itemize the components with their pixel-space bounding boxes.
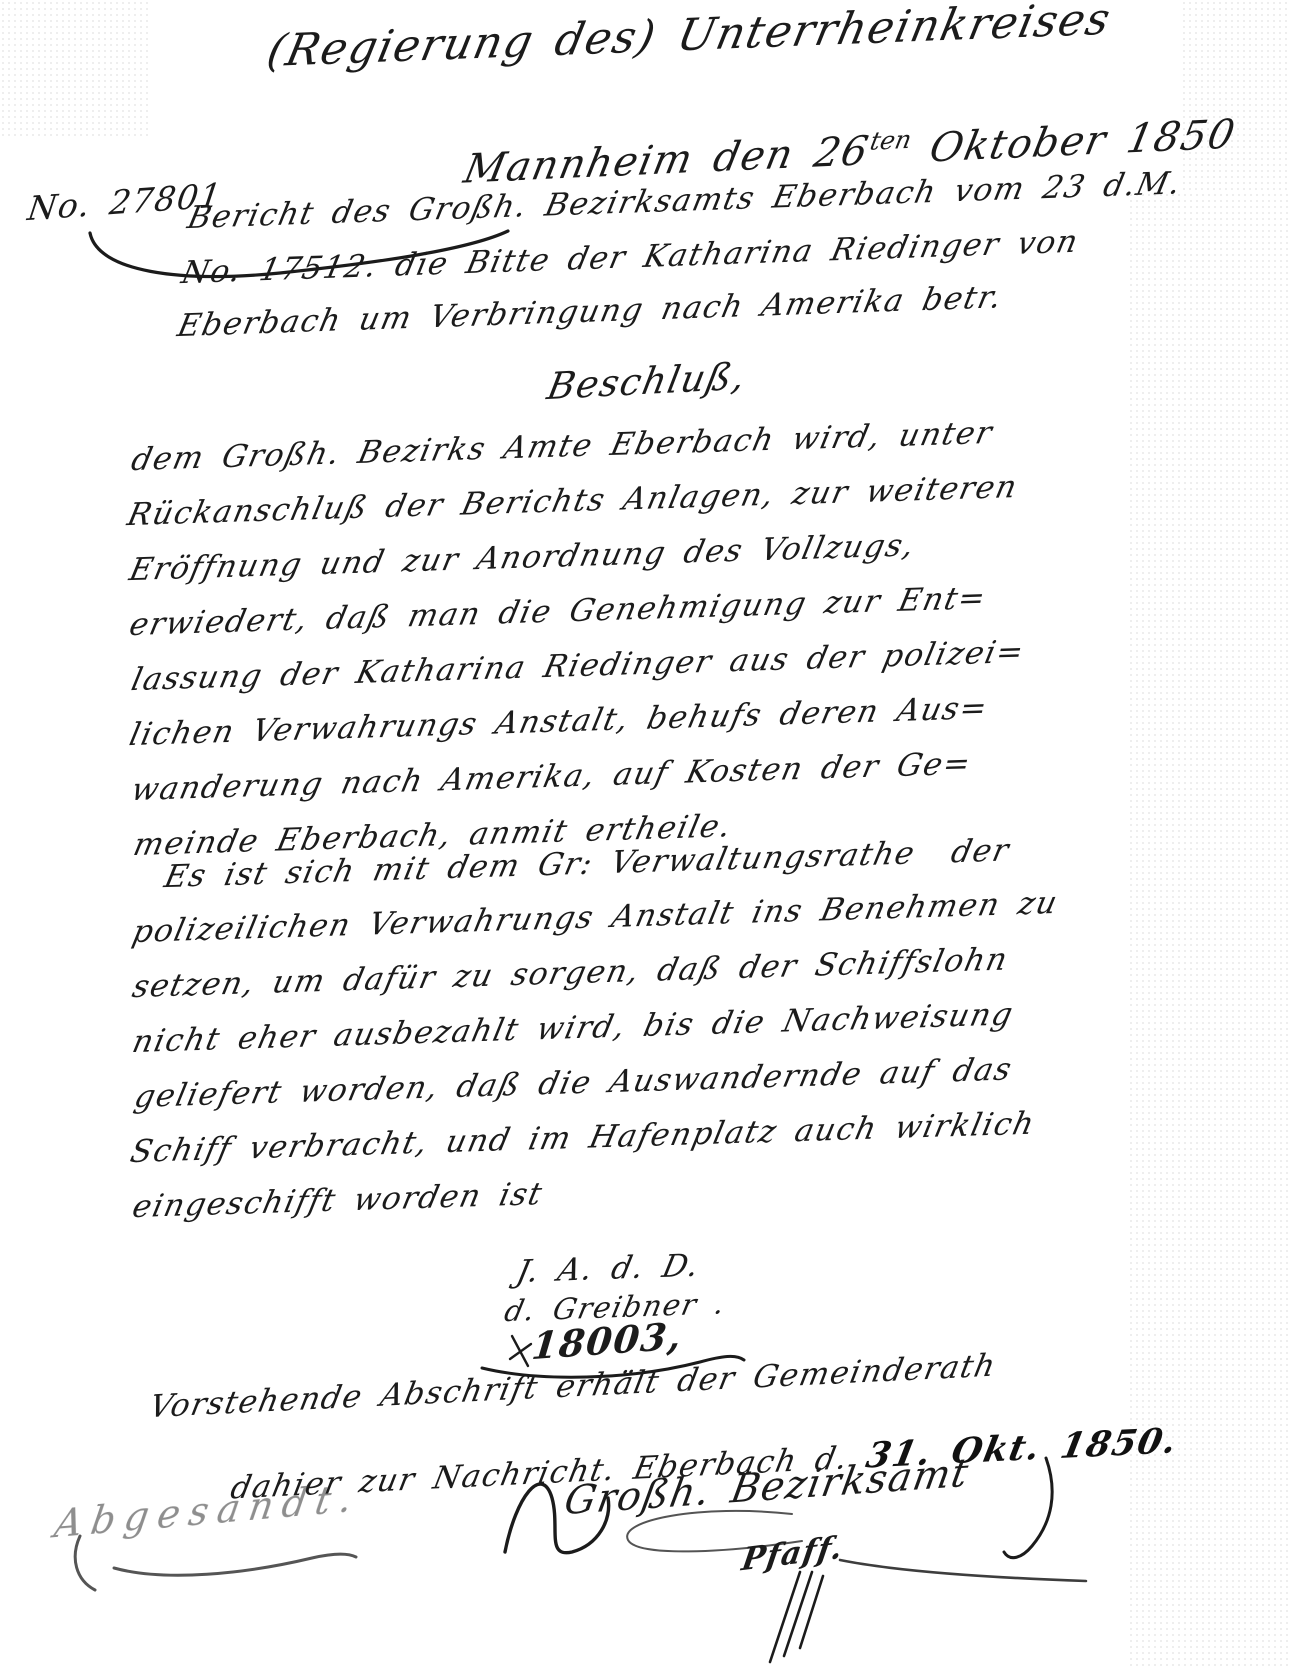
signature-abbreviation: J. A. d. D. xyxy=(514,1251,703,1289)
body-line: lassung der Katharina Riedinger aus der … xyxy=(129,637,1028,696)
body-line: geliefert worden, daß die Auswandernde a… xyxy=(132,1054,1016,1113)
dispatch-note-flourish xyxy=(75,1536,356,1590)
body-line: dem Großh. Bezirks Amte Eberbach wird, u… xyxy=(129,418,996,476)
section-heading: Beschluß, xyxy=(544,357,749,405)
registry-number-bottom: 18003, xyxy=(530,1317,684,1365)
date-superscript: ten xyxy=(868,125,914,156)
scan-texture-top-left xyxy=(0,0,148,140)
body-line: setzen, um dafür zu sorgen, daß der Schi… xyxy=(130,944,1012,1003)
scanned-document-page: (Regierung des) Unterrheinkreises Mannhe… xyxy=(0,0,1291,1666)
body-line: erwiedert, daß man die Genehmigung zur E… xyxy=(127,583,990,641)
body-line: eingeschifft worden ist xyxy=(130,1179,546,1223)
header-line-authority: (Regierung des) Unterrheinkreises xyxy=(263,0,1115,74)
body-line: lichen Verwahrungs Anstalt, behufs deren… xyxy=(127,693,991,751)
body-line: wanderung nach Amerika, auf Kosten der G… xyxy=(129,749,975,807)
reference-line: Eberbach um Verbringung nach Amerika bet… xyxy=(175,282,1006,342)
signature-dash xyxy=(840,1560,1086,1581)
body-line: Eröffnung und zur Anordnung des Vollzugs… xyxy=(127,530,918,586)
date-rest: Oktober 1850 xyxy=(904,111,1239,172)
body-line: Schiff verbracht, und im Hafenplatz auch… xyxy=(128,1108,1038,1168)
body-line: polizeilichen Verwahrungs Anstalt ins Be… xyxy=(130,888,1061,948)
official-signature: Pfaff. xyxy=(739,1532,845,1576)
body-line: Rückanschluß der Berichts Anlagen, zur w… xyxy=(125,472,1021,531)
registry-number-paraph xyxy=(510,1336,531,1366)
reference-line: No. 17512. die Bitte der Katharina Riedi… xyxy=(179,227,1082,290)
signature-descenders xyxy=(770,1572,823,1662)
body-line: nicht eher ausbezahlt wird, bis die Nach… xyxy=(130,999,1017,1058)
